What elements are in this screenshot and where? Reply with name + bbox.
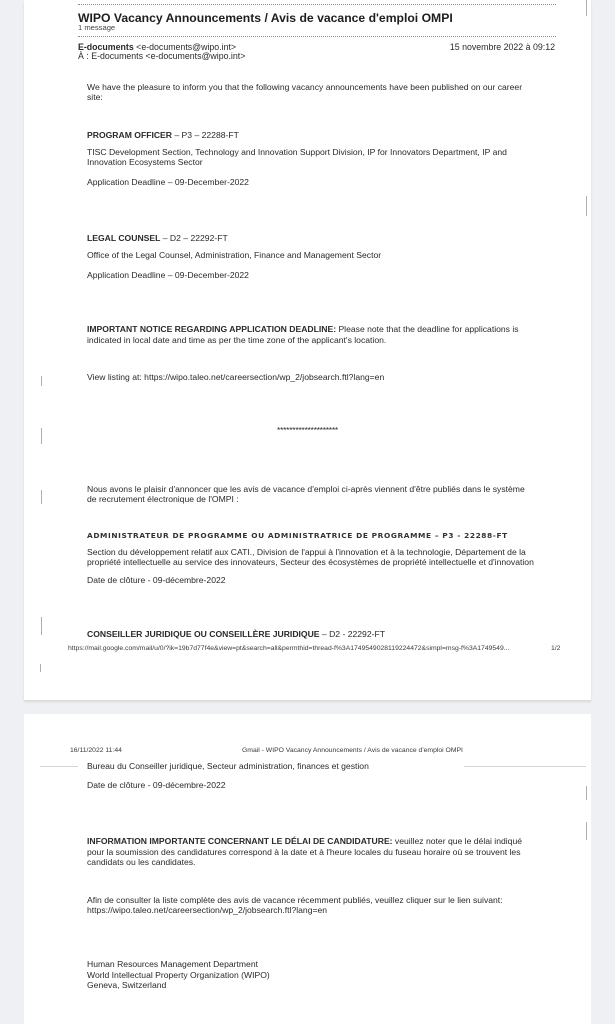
notice-text: Please note that the deadline for applic…	[336, 324, 519, 334]
view-listing-label: View listing at:	[87, 372, 144, 382]
scan-mark	[40, 664, 41, 672]
vacancy-title: CONSEILLER JURIDIQUE OU CONSEILLÈRE JURI…	[87, 629, 385, 639]
scanned-page-2: 16/11/2022 11:44 Gmail - WIPO Vacancy An…	[24, 714, 591, 1024]
notice-text: veuillez noter que le délai indiqué	[393, 836, 522, 846]
notice-text: candidats ou les candidates.	[87, 857, 522, 868]
vacancy-unit: TISC Development Section, Technology and…	[87, 147, 507, 167]
signature-line: Geneva, Switzerland	[87, 980, 270, 991]
vacancy-grade-ref: – P3 – 22288-FT	[172, 130, 239, 140]
notice-label: IMPORTANT NOTICE REGARDING APPLICATION D…	[87, 324, 336, 334]
vacancy-grade-ref: – D2 – 22292-FT	[160, 233, 227, 243]
signature-line: World Intellectual Property Organization…	[87, 970, 270, 981]
notice-text: pour la soumission des candidatures corr…	[87, 847, 522, 858]
view-listing: Afin de consulter la liste complète des …	[87, 895, 503, 915]
french-intro: Nous avons le plaisir d'annoncer que les…	[87, 484, 525, 504]
vacancy-deadline: Date de clôture - 09-décembre-2022	[87, 780, 226, 790]
intro-line: Nous avons le plaisir d'annoncer que les…	[87, 484, 525, 494]
vacancy-title: ADMINISTRATEUR DE PROGRAMME OU ADMINISTR…	[87, 531, 508, 541]
header-divider	[78, 36, 556, 37]
recipient: À : E-documents <e-documents@wipo.int>	[78, 51, 245, 61]
section-separator: ********************	[24, 425, 591, 435]
scan-mark	[41, 617, 42, 635]
scan-mark	[586, 0, 587, 16]
scan-mark	[41, 376, 42, 386]
vacancy-grade-ref: – D2 - 22292-FT	[320, 629, 385, 639]
vacancy-deadline: Application Deadline – 09-December-2022	[87, 177, 249, 187]
notice-label: INFORMATION IMPORTANTE CONCERNANT LE DÉL…	[87, 836, 393, 846]
vacancy-title: LEGAL COUNSEL – D2 – 22292-FT	[87, 233, 228, 243]
vacancy-deadline: Date de clôture - 09-décembre-2022	[87, 575, 226, 585]
unit-line: propriété intellectuelle au service des …	[87, 557, 534, 567]
vacancy-unit: Bureau du Conseiller juridique, Secteur …	[87, 761, 369, 771]
scan-line	[40, 766, 78, 767]
scan-line	[464, 766, 586, 767]
vacancy-position: PROGRAM OFFICER	[87, 130, 172, 140]
signature: Human Resources Management Department Wo…	[87, 959, 270, 991]
unit-line: TISC Development Section, Technology and…	[87, 147, 507, 157]
unit-line: Section du développement relatif aux CAT…	[87, 547, 534, 557]
view-listing: View listing at: https://wipo.taleo.net/…	[87, 372, 384, 382]
english-intro: We have the pleasure to inform you that …	[87, 82, 522, 102]
message-count: 1 message	[78, 23, 115, 33]
vacancy-deadline: Application Deadline – 09-December-2022	[87, 270, 249, 280]
scan-mark	[586, 786, 587, 800]
view-listing-link[interactable]: https://wipo.taleo.net/careersection/wp_…	[87, 905, 327, 915]
view-listing-label: Afin de consulter la liste complète des …	[87, 895, 503, 905]
view-listing-link[interactable]: https://wipo.taleo.net/careersection/wp_…	[144, 372, 384, 382]
sent-date: 15 novembre 2022 à 09:12	[450, 42, 555, 52]
vacancy-position: CONSEILLER JURIDIQUE OU CONSEILLÈRE JURI…	[87, 629, 320, 639]
signature-line: Human Resources Management Department	[87, 959, 270, 970]
vacancy-unit: Office of the Legal Counsel, Administrat…	[87, 250, 381, 260]
deadline-notice: IMPORTANT NOTICE REGARDING APPLICATION D…	[87, 324, 519, 345]
print-header-title: Gmail - WIPO Vacancy Announcements / Avi…	[242, 747, 463, 755]
header-divider	[78, 4, 556, 5]
intro-line: site:	[87, 92, 522, 102]
print-page-number: 1/2	[551, 645, 560, 653]
print-header-datetime: 16/11/2022 11:44	[70, 747, 122, 755]
email-subject: WIPO Vacancy Announcements / Avis de vac…	[78, 11, 453, 25]
vacancy-unit: Section du développement relatif aux CAT…	[87, 547, 534, 567]
notice-text: indicated in local date and time as per …	[87, 335, 519, 346]
scan-mark	[41, 490, 42, 504]
scan-mark	[586, 822, 587, 840]
vacancy-position: LEGAL COUNSEL	[87, 233, 160, 243]
unit-line: Innovation Ecosystems Sector	[87, 157, 507, 167]
intro-line: de recrutement électronique de l'OMPI :	[87, 494, 525, 504]
scanned-page-1: WIPO Vacancy Announcements / Avis de vac…	[24, 0, 591, 700]
intro-line: We have the pleasure to inform you that …	[87, 82, 522, 92]
print-footer-url: https://mail.google.com/mail/u/0/?ik=19b…	[68, 645, 509, 653]
vacancy-title: PROGRAM OFFICER – P3 – 22288-FT	[87, 130, 239, 140]
deadline-notice: INFORMATION IMPORTANTE CONCERNANT LE DÉL…	[87, 836, 522, 868]
scan-mark	[586, 196, 587, 216]
